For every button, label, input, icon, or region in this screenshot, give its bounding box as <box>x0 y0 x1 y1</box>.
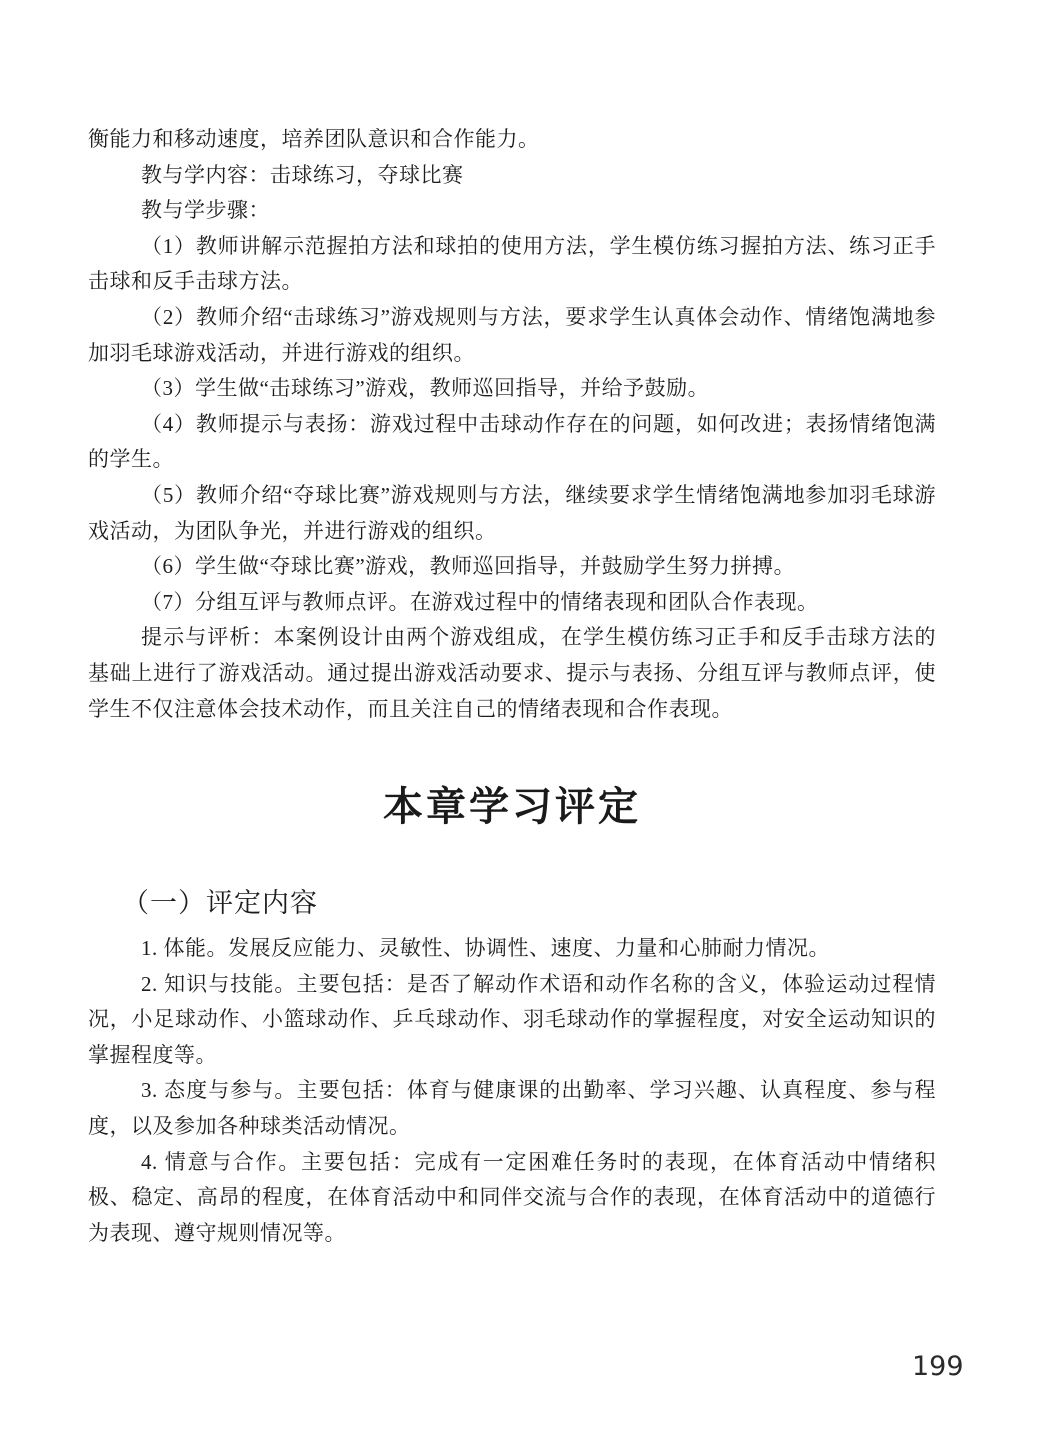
evaluation-items: 1. 体能。发展反应能力、灵敏性、协调性、速度、力量和心肺耐力情况。 2. 知识… <box>88 931 936 1251</box>
body-paragraph: 教与学步骤： <box>88 193 936 229</box>
body-paragraph: （5）教师介绍“夺球比赛”游戏规则与方法，继续要求学生情绪饱满地参加羽毛球游戏活… <box>88 478 936 549</box>
evaluation-item: 2. 知识与技能。主要包括：是否了解动作术语和动作名称的含义，体验运动过程情况，… <box>88 967 936 1074</box>
body-paragraphs: 衡能力和移动速度，培养团队意识和合作能力。 教与学内容：击球练习，夺球比赛 教与… <box>88 122 936 727</box>
body-paragraph: （2）教师介绍“击球练习”游戏规则与方法，要求学生认真体会动作、情绪饱满地参加羽… <box>88 300 936 371</box>
body-paragraph: 衡能力和移动速度，培养团队意识和合作能力。 <box>88 122 936 158</box>
document-page: 衡能力和移动速度，培养团队意识和合作能力。 教与学内容：击球练习，夺球比赛 教与… <box>0 0 1038 1452</box>
body-paragraph: （6）学生做“夺球比赛”游戏，教师巡回指导，并鼓励学生努力拼搏。 <box>88 549 936 585</box>
evaluation-item: 3. 态度与参与。主要包括：体育与健康课的出勤率、学习兴趣、认真程度、参与程度，… <box>88 1073 936 1144</box>
body-paragraph: （3）学生做“击球练习”游戏，教师巡回指导，并给予鼓励。 <box>88 371 936 407</box>
evaluation-item: 1. 体能。发展反应能力、灵敏性、协调性、速度、力量和心肺耐力情况。 <box>88 931 936 967</box>
page-number: 199 <box>912 1352 964 1382</box>
text-column: 衡能力和移动速度，培养团队意识和合作能力。 教与学内容：击球练习，夺球比赛 教与… <box>88 122 936 1251</box>
body-paragraph: （7）分组互评与教师点评。在游戏过程中的情绪表现和团队合作表现。 <box>88 585 936 621</box>
chapter-section-title: 本章学习评定 <box>88 783 936 831</box>
evaluation-item: 4. 情意与合作。主要包括：完成有一定困难任务时的表现，在体育活动中情绪积极、稳… <box>88 1145 936 1252</box>
body-paragraph: 教与学内容：击球练习，夺球比赛 <box>88 158 936 194</box>
body-paragraph: （1）教师讲解示范握拍方法和球拍的使用方法，学生模仿练习握拍方法、练习正手击球和… <box>88 229 936 300</box>
subsection-heading: （一）评定内容 <box>88 885 936 921</box>
body-paragraph: 提示与评析：本案例设计由两个游戏组成，在学生模仿练习正手和反手击球方法的基础上进… <box>88 620 936 727</box>
body-paragraph: （4）教师提示与表扬：游戏过程中击球动作存在的问题，如何改进；表扬情绪饱满的学生… <box>88 407 936 478</box>
